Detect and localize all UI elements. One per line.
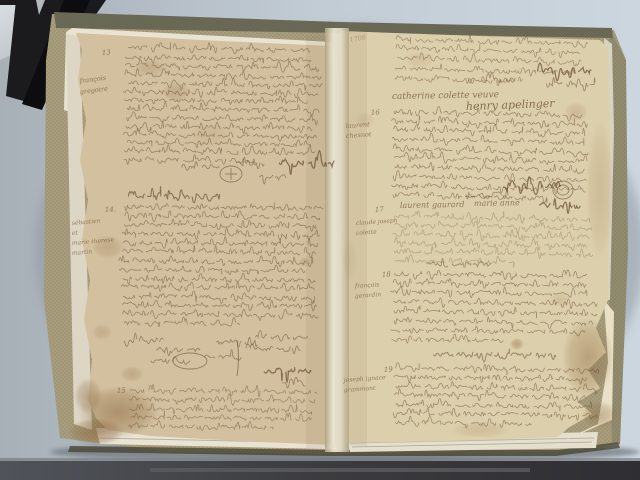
page-stain	[342, 240, 358, 280]
table-front-edge	[0, 458, 640, 480]
scanned-manuscript-photo: 13françoisgregoire14.sébastienetmarie th…	[0, 0, 640, 480]
page-stain	[582, 401, 618, 429]
page-stain	[92, 324, 112, 340]
left-page-gutter-shade	[306, 36, 326, 448]
page-stain	[120, 366, 144, 382]
margin-note-entry-16-name: laurent	[346, 120, 371, 130]
page-stain	[406, 52, 434, 68]
heading-laurent: laurent gaurard	[400, 200, 465, 210]
margin-note-entry-17-number: 17	[375, 205, 385, 214]
heading-marie-anne: marie anne	[474, 198, 520, 208]
margin-note-entry-17-name: colette	[356, 229, 378, 237]
page-stain	[510, 338, 524, 350]
margin-note-entry-15-number: 15	[117, 386, 127, 395]
margin-note-entry-13-number: 13	[102, 48, 112, 57]
margin-note-entry-16-number: 16	[371, 108, 381, 117]
page-stain	[562, 318, 614, 398]
scan-canvas: 13françoisgregoire14.sébastienetmarie th…	[0, 0, 640, 480]
margin-note-entry-18-number: 18	[382, 270, 392, 279]
margin-note-entry-14-number: 14.	[105, 205, 117, 214]
page-stain	[74, 378, 102, 414]
page-stain	[586, 120, 614, 260]
margin-note-entry-19-number: 19	[384, 365, 394, 374]
table-highlight-streak	[150, 468, 530, 472]
right-page-gutter-shade	[349, 32, 367, 446]
page-stain	[68, 418, 124, 446]
